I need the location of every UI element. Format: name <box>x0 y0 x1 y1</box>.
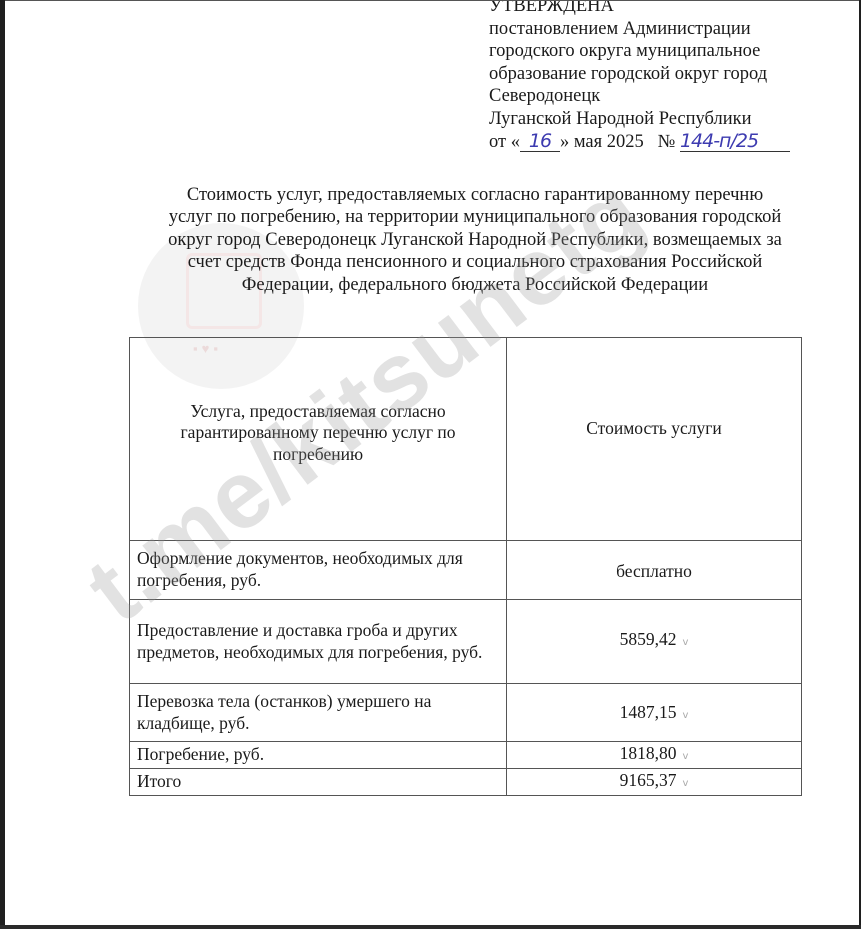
cost-value: 1818,80 <box>620 743 677 763</box>
table-row: Предоставление и доставка гроба и других… <box>130 600 802 684</box>
header-service: Услуга, предоставляемая согласно гаранти… <box>130 338 507 541</box>
viewer-bottom-edge <box>0 925 861 929</box>
check-mark-icon: v <box>682 710 688 721</box>
check-mark-icon: v <box>682 751 688 762</box>
day-field: 16 <box>520 132 560 152</box>
check-mark-icon: v <box>682 778 688 789</box>
service-cell: Перевозка тела (останков) умершего на кл… <box>130 684 507 742</box>
cost-cell: бесплатно <box>507 541 802 600</box>
date-middle: » мая 2025 <box>560 132 644 152</box>
approval-block: УТВЕРЖДЕНА постановлением Администрации … <box>489 0 859 153</box>
cost-value: 9165,37 <box>620 770 677 790</box>
cost-cell: 1487,15v <box>507 684 802 742</box>
document-title: Стоимость услуг, предоставляемых согласн… <box>125 184 825 296</box>
cost-value: 1487,15 <box>620 702 677 722</box>
handwritten-number: 144-п/25 <box>680 130 758 152</box>
title-line: счет средств Фонда пенсионного и социаль… <box>125 251 825 273</box>
approval-heading: УТВЕРЖДЕНА <box>489 0 859 18</box>
title-line: округ город Северодонецк Луганской Народ… <box>125 229 825 251</box>
cost-value: 5859,42 <box>620 629 677 649</box>
table-row: Перевозка тела (останков) умершего на кл… <box>130 684 802 742</box>
approval-date-line: от «16» мая 2025 № 144-п/25 <box>489 131 859 154</box>
approval-line: городского округа муниципальное <box>489 40 859 63</box>
table-header-row: Услуга, предоставляемая согласно гаранти… <box>130 338 802 541</box>
cost-value: бесплатно <box>616 561 692 581</box>
services-cost-table: Услуга, предоставляемая согласно гаранти… <box>129 337 802 796</box>
title-line: услуг по погребению, на территории муниц… <box>125 206 825 228</box>
number-field: 144-п/25 <box>680 132 790 152</box>
service-cell: Оформление документов, необходимых для п… <box>130 541 507 600</box>
service-cell: Предоставление и доставка гроба и других… <box>130 600 507 684</box>
table-row-total: Итого 9165,37v <box>130 769 802 796</box>
approval-line: образование городской округ город <box>489 63 859 86</box>
service-cell: Итого <box>130 769 507 796</box>
approval-line: Северодонецк <box>489 85 859 108</box>
document-page: ▪♥▪ УТВЕРЖДЕНА постановлением Администра… <box>5 0 859 926</box>
handwritten-day: 16 <box>529 130 551 152</box>
header-cost: Стоимость услуги <box>507 338 802 541</box>
table-row: Погребение, руб. 1818,80v <box>130 742 802 769</box>
cost-cell: 5859,42v <box>507 600 802 684</box>
approval-line: постановлением Администрации <box>489 18 859 41</box>
cost-cell: 1818,80v <box>507 742 802 769</box>
title-line: Стоимость услуг, предоставляемых согласн… <box>125 184 825 206</box>
table-row: Оформление документов, необходимых для п… <box>130 541 802 600</box>
service-cell: Погребение, руб. <box>130 742 507 769</box>
check-mark-icon: v <box>682 637 688 648</box>
number-label: № <box>658 132 676 152</box>
cost-cell: 9165,37v <box>507 769 802 796</box>
approval-line: Луганской Народной Республики <box>489 108 859 131</box>
title-line: Федерации, федерального бюджета Российск… <box>125 274 825 296</box>
date-prefix: от « <box>489 132 520 152</box>
